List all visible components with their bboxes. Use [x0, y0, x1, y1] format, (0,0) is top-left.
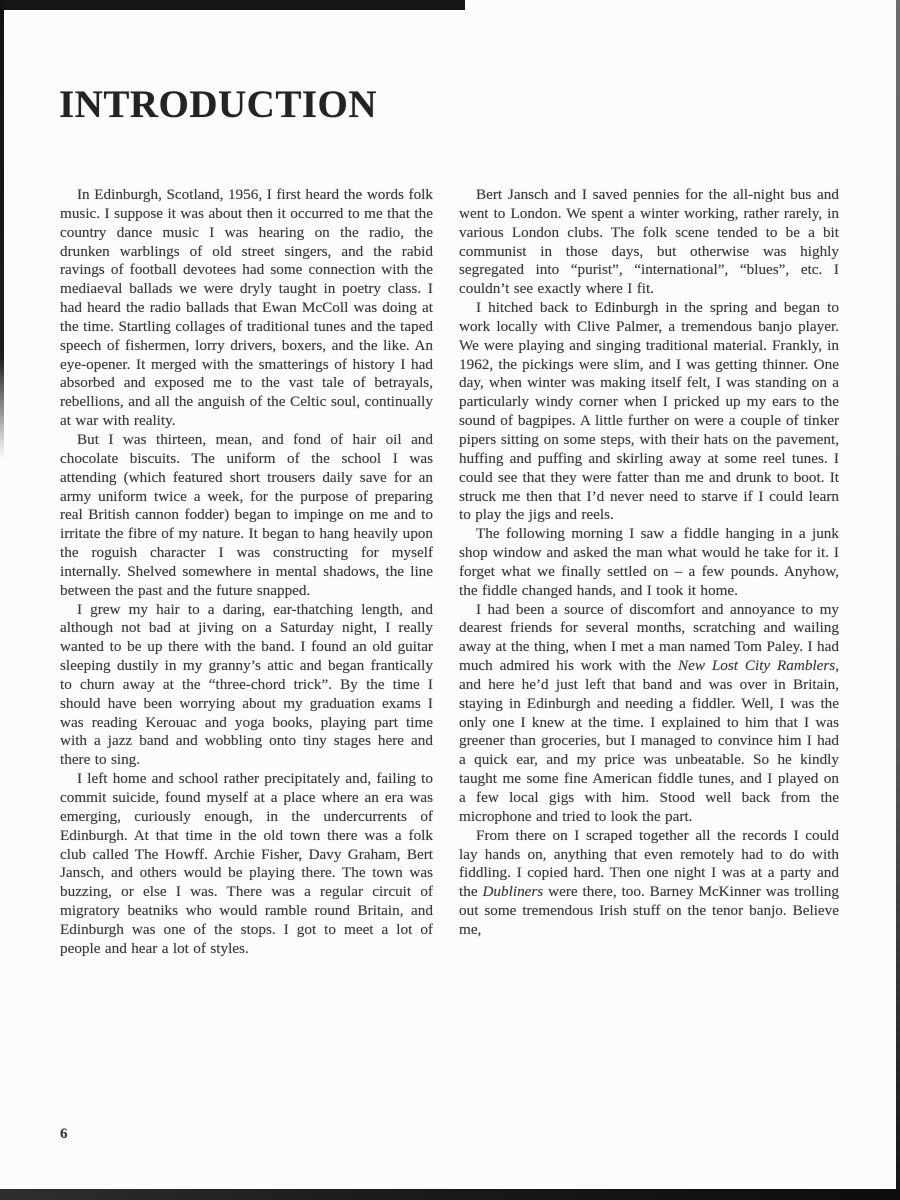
body-paragraph: I grew my hair to a daring, ear-thatchin…	[60, 601, 433, 771]
body-text: I grew my hair to a daring, ear-thatchin…	[60, 601, 433, 769]
body-paragraph: From there on I scraped together all the…	[459, 827, 839, 940]
body-paragraph: In Edinburgh, Scotland, 1956, I first he…	[60, 186, 433, 431]
body-paragraph: I had been a source of discomfort and an…	[459, 601, 839, 827]
body-text: I hitched back to Edinburgh in the sprin…	[459, 299, 839, 523]
italic-text: Dubliners	[482, 883, 543, 900]
scan-border-top	[0, 0, 465, 10]
body-text: , and here he’d just left that band and …	[459, 657, 839, 825]
right-column: Bert Jansch and I saved pennies for the …	[459, 186, 839, 940]
body-text: But I was thirteen, mean, and fond of ha…	[60, 431, 433, 599]
body-paragraph: I hitched back to Edinburgh in the sprin…	[459, 299, 839, 525]
page-title: INTRODUCTION	[59, 82, 377, 127]
body-text: I left home and school rather precipitat…	[60, 770, 433, 957]
left-column: In Edinburgh, Scotland, 1956, I first he…	[60, 186, 433, 959]
body-paragraph: But I was thirteen, mean, and fond of ha…	[60, 431, 433, 601]
body-paragraph: The following morning I saw a fiddle han…	[459, 525, 839, 600]
body-paragraph: I left home and school rather precipitat…	[60, 770, 433, 958]
scan-border-right	[896, 0, 900, 1200]
body-text: In Edinburgh, Scotland, 1956, I first he…	[60, 186, 433, 429]
scan-border-left	[0, 0, 4, 458]
body-text: Bert Jansch and I saved pennies for the …	[459, 186, 839, 297]
italic-text: New Lost City Ramblers	[678, 657, 835, 674]
book-page: INTRODUCTION In Edinburgh, Scotland, 195…	[0, 0, 900, 1200]
page-number: 6	[60, 1126, 68, 1143]
scan-border-bottom	[0, 1189, 900, 1200]
body-text: The following morning I saw a fiddle han…	[459, 525, 839, 599]
body-paragraph: Bert Jansch and I saved pennies for the …	[459, 186, 839, 299]
